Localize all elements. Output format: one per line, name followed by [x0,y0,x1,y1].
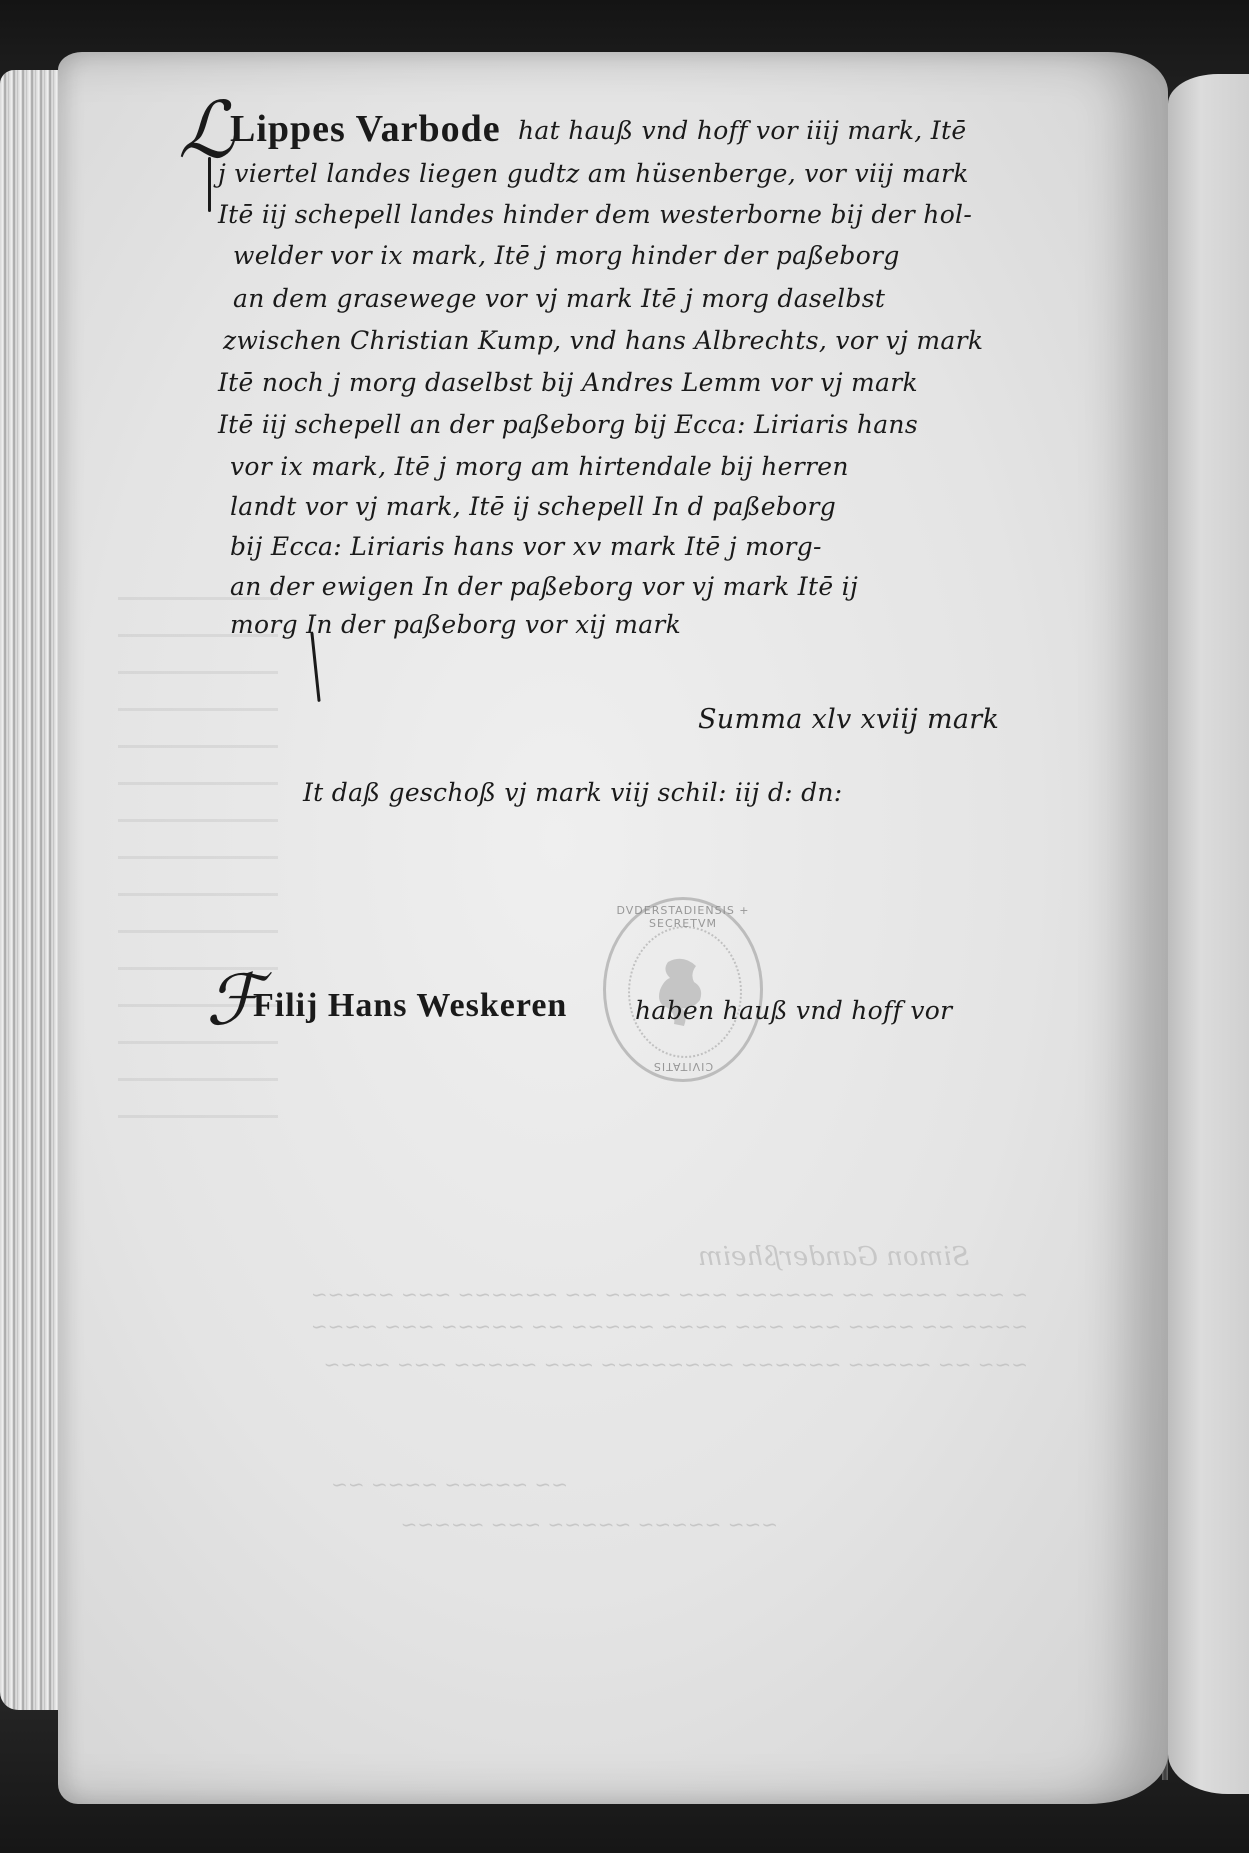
bleed-through-margin [118,592,278,1152]
entry-1-line-9: vor ix mark, Itē j morg am hirtendale bi… [230,452,849,481]
entry-1-line-10: landt vor vj mark, Itē ij schepell In d … [230,492,836,521]
entry-1-line-13: morg In der paßeborg vor xij mark [230,610,681,639]
archive-stamp: DVDERSTADIENSIS + SECRETVM CIVITATIS [603,897,763,1082]
bleed-through-line: ~~~~ ~~ ~~~~ ~~~ ~~~ ~~~~ ~~~~~ ~~ ~~~~~… [208,1314,1028,1338]
descender-flourish [310,632,320,702]
entry-1-line-12: an der ewigen In der paßeborg vor vj mar… [230,572,858,601]
entry-1-line-1: hat hauß vnd hoff vor iiij mark, Itē [518,116,966,145]
bleed-through-line: ~~~ ~~~~~ ~~~~~ ~~~ ~~~~~ [278,1512,778,1536]
bleed-through-heading: Simon Ganderßheim [698,1242,969,1272]
entry-1-name-heading: Lippes Varbode [230,107,501,151]
entry-1-line-8: Itē iij schepell an der paßeborg bij Ecc… [218,410,918,439]
entry-2-name-heading: Filij Hans Weskeren [253,987,567,1025]
entry-1-line-6: zwischen Christian Kump, vnd hans Albrec… [223,326,983,355]
entry-1-summa: Summa xlv xviij mark [698,704,999,735]
facing-recto-page [1168,74,1249,1794]
stamp-text-bottom: CIVITATIS [606,1060,760,1073]
entry-1-line-7: Itē noch j morg daselbst bij Andres Lemm… [218,368,918,397]
entry-1-line-3: Itē iij schepell landes hinder dem weste… [218,200,972,229]
descender-flourish [208,157,211,212]
entry-1-tax-line: It daß geschoß vj mark viij schil: iij d… [303,778,843,807]
bleed-through-line: ~~~ ~~ ~~~~~ ~~~~~~ ~~~~~~~~ ~~~ ~~~~~ ~… [208,1352,1028,1376]
entry-2-text: haben hauß vnd hoff vor [635,996,952,1025]
bleed-through-line: ~~ ~~~~~ ~~~~ ~~ [208,1472,568,1496]
entry-1-line-5: an dem grasewege vor vj mark Itē j morg … [233,284,885,313]
entry-1-line-2: j viertel landes liegen gudtz am hüsenbe… [218,159,969,188]
entry-1-line-11: bij Ecca: Liriaris hans vor xv mark Itē … [230,532,822,561]
entry-1-line-4: welder vor ix mark, Itē j morg hinder de… [233,241,900,270]
manuscript-page: ℒ Lippes Varbode hat hauß vnd hoff vor i… [58,52,1168,1804]
bleed-through-line: ~ ~~~ ~~~~ ~~ ~~~~~~ ~~~ ~~~~ ~~ ~~~~~~ … [208,1282,1028,1306]
